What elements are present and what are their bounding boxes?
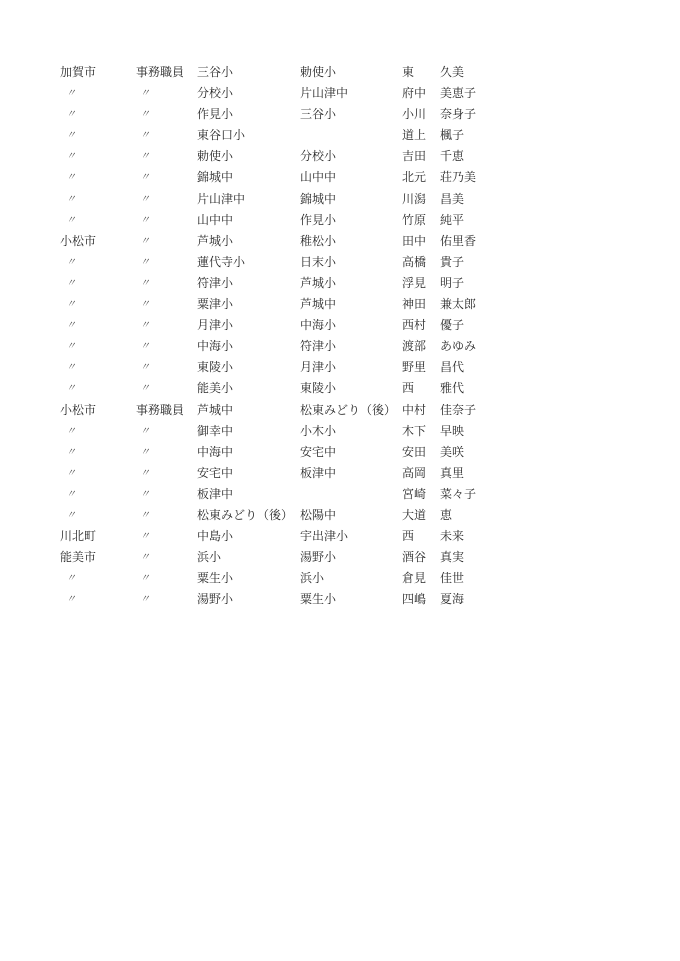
from-school-cell: 東陵小 [197, 357, 233, 378]
role-cell: 事務職員 [136, 62, 184, 83]
given-name: 真実 [440, 550, 464, 564]
to-school-cell: 湯野小 [300, 547, 336, 568]
document-page: 加賀市事務職員三谷小勅使小東久美〃〃分校小片山津中府中美恵子〃〃作見小三谷小小川… [0, 0, 680, 961]
table-row: 〃〃東陵小月津小野里昌代 [0, 357, 680, 378]
from-school-cell: 粟津小 [197, 294, 233, 315]
table-row: 〃〃符津小芦城小浮見明子 [0, 273, 680, 294]
city-cell: 〃 [66, 83, 76, 104]
person-name-cell: 倉見佳世 [402, 568, 464, 589]
person-name-cell: 大道恵 [402, 505, 452, 526]
role-cell: 〃 [140, 463, 150, 484]
table-row: 〃〃安宅中板津中高岡真里 [0, 463, 680, 484]
role-cell: 〃 [140, 505, 150, 526]
to-school-cell: 月津小 [300, 357, 336, 378]
city-cell: 能美市 [60, 547, 96, 568]
to-school-cell: 錦城中 [300, 189, 336, 210]
role-cell: 〃 [140, 189, 150, 210]
to-school-cell: 三谷小 [300, 104, 336, 125]
table-row: 〃〃中海小符津小渡部あゆみ [0, 336, 680, 357]
role-cell: 〃 [140, 104, 150, 125]
surname: 大道 [402, 505, 440, 526]
city-cell: 〃 [66, 315, 76, 336]
city-cell: 〃 [66, 442, 76, 463]
person-name-cell: 中村佳奈子 [402, 400, 476, 421]
surname: 西 [402, 378, 440, 399]
city-cell: 小松市 [60, 400, 96, 421]
city-cell: 〃 [66, 273, 76, 294]
given-name: 佳世 [440, 571, 464, 585]
table-row: 〃〃松東みどり（後）松陽中大道恵 [0, 505, 680, 526]
person-name-cell: 東久美 [402, 62, 464, 83]
city-cell: 小松市 [60, 231, 96, 252]
person-name-cell: 西雅代 [402, 378, 464, 399]
table-row: 〃〃月津小中海小西村優子 [0, 315, 680, 336]
table-row: 〃〃作見小三谷小小川奈身子 [0, 104, 680, 125]
person-name-cell: 道上楓子 [402, 125, 464, 146]
city-cell: 加賀市 [60, 62, 96, 83]
city-cell: 〃 [66, 357, 76, 378]
surname: 倉見 [402, 568, 440, 589]
surname: 府中 [402, 83, 440, 104]
table-row: 〃〃蓮代寺小日末小高橋貴子 [0, 252, 680, 273]
role-cell: 〃 [140, 231, 150, 252]
surname: 北元 [402, 167, 440, 188]
to-school-cell: 日末小 [300, 252, 336, 273]
given-name: 佳奈子 [440, 403, 476, 417]
table-row: 〃〃片山津中錦城中川潟昌美 [0, 189, 680, 210]
person-name-cell: 高橋貴子 [402, 252, 464, 273]
city-cell: 〃 [66, 484, 76, 505]
given-name: 昌代 [440, 360, 464, 374]
table-row: 〃〃錦城中山中中北元荘乃美 [0, 167, 680, 188]
table-row: 能美市〃浜小湯野小酒谷真実 [0, 547, 680, 568]
to-school-cell: 勅使小 [300, 62, 336, 83]
from-school-cell: 片山津中 [197, 189, 245, 210]
role-cell: 〃 [140, 526, 150, 547]
from-school-cell: 中島小 [197, 526, 233, 547]
person-name-cell: 竹原純平 [402, 210, 464, 231]
table-row: 川北町〃中島小宇出津小西未来 [0, 526, 680, 547]
given-name: 美咲 [440, 445, 464, 459]
surname: 中村 [402, 400, 440, 421]
role-cell: 〃 [140, 210, 150, 231]
city-cell: 〃 [66, 210, 76, 231]
person-name-cell: 渡部あゆみ [402, 336, 476, 357]
to-school-cell: 符津小 [300, 336, 336, 357]
surname: 木下 [402, 421, 440, 442]
from-school-cell: 粟生小 [197, 568, 233, 589]
role-cell: 〃 [140, 146, 150, 167]
person-name-cell: 高岡真里 [402, 463, 464, 484]
from-school-cell: 東谷口小 [197, 125, 245, 146]
table-row: 〃〃能美小東陵小西雅代 [0, 378, 680, 399]
person-name-cell: 酒谷真実 [402, 547, 464, 568]
city-cell: 〃 [66, 421, 76, 442]
given-name: 明子 [440, 276, 464, 290]
from-school-cell: 御幸中 [197, 421, 233, 442]
city-cell: 〃 [66, 104, 76, 125]
from-school-cell: 能美小 [197, 378, 233, 399]
to-school-cell: 作見小 [300, 210, 336, 231]
surname: 浮見 [402, 273, 440, 294]
role-cell: 事務職員 [136, 400, 184, 421]
role-cell: 〃 [140, 589, 150, 610]
to-school-cell: 分校小 [300, 146, 336, 167]
person-name-cell: 田中佑里香 [402, 231, 476, 252]
to-school-cell: 松東みどり（後） [300, 400, 396, 421]
from-school-cell: 勅使小 [197, 146, 233, 167]
role-cell: 〃 [140, 294, 150, 315]
from-school-cell: 作見小 [197, 104, 233, 125]
role-cell: 〃 [140, 125, 150, 146]
from-school-cell: 錦城中 [197, 167, 233, 188]
table-row: 小松市事務職員芦城中松東みどり（後）中村佳奈子 [0, 400, 680, 421]
to-school-cell: 中海小 [300, 315, 336, 336]
surname: 神田 [402, 294, 440, 315]
given-name: 菜々子 [440, 487, 476, 501]
role-cell: 〃 [140, 442, 150, 463]
from-school-cell: 中海中 [197, 442, 233, 463]
to-school-cell: 稚松小 [300, 231, 336, 252]
given-name: 夏海 [440, 592, 464, 606]
given-name: 優子 [440, 318, 464, 332]
surname: 川潟 [402, 189, 440, 210]
surname: 西 [402, 526, 440, 547]
role-cell: 〃 [140, 273, 150, 294]
city-cell: 〃 [66, 189, 76, 210]
given-name: 早映 [440, 424, 464, 438]
table-row: 〃〃御幸中小木小木下早映 [0, 421, 680, 442]
given-name: 荘乃美 [440, 170, 476, 184]
given-name: 久美 [440, 65, 464, 79]
city-cell: 〃 [66, 378, 76, 399]
given-name: 千恵 [440, 149, 464, 163]
from-school-cell: 松東みどり（後） [197, 505, 293, 526]
given-name: 佑里香 [440, 234, 476, 248]
role-cell: 〃 [140, 252, 150, 273]
role-cell: 〃 [140, 378, 150, 399]
given-name: 昌美 [440, 192, 464, 206]
to-school-cell: 松陽中 [300, 505, 336, 526]
to-school-cell: 芦城中 [300, 294, 336, 315]
city-cell: 〃 [66, 146, 76, 167]
table-row: 〃〃湯野小粟生小四嶋夏海 [0, 589, 680, 610]
to-school-cell: 安宅中 [300, 442, 336, 463]
surname: 安田 [402, 442, 440, 463]
to-school-cell: 芦城小 [300, 273, 336, 294]
table-row: 〃〃山中中作見小竹原純平 [0, 210, 680, 231]
from-school-cell: 三谷小 [197, 62, 233, 83]
to-school-cell: 東陵小 [300, 378, 336, 399]
table-row: 〃〃勅使小分校小吉田千恵 [0, 146, 680, 167]
from-school-cell: 符津小 [197, 273, 233, 294]
from-school-cell: 芦城中 [197, 400, 233, 421]
city-cell: 〃 [66, 336, 76, 357]
table-row: 加賀市事務職員三谷小勅使小東久美 [0, 62, 680, 83]
surname: 酒谷 [402, 547, 440, 568]
to-school-cell: 板津中 [300, 463, 336, 484]
from-school-cell: 安宅中 [197, 463, 233, 484]
city-cell: 川北町 [60, 526, 96, 547]
person-name-cell: 宮崎菜々子 [402, 484, 476, 505]
city-cell: 〃 [66, 568, 76, 589]
city-cell: 〃 [66, 294, 76, 315]
surname: 田中 [402, 231, 440, 252]
person-name-cell: 木下早映 [402, 421, 464, 442]
surname: 野里 [402, 357, 440, 378]
table-row: 〃〃中海中安宅中安田美咲 [0, 442, 680, 463]
given-name: 貴子 [440, 255, 464, 269]
surname: 高橋 [402, 252, 440, 273]
person-name-cell: 小川奈身子 [402, 104, 476, 125]
from-school-cell: 浜小 [197, 547, 221, 568]
person-name-cell: 安田美咲 [402, 442, 464, 463]
person-name-cell: 吉田千恵 [402, 146, 464, 167]
person-name-cell: 神田兼太郎 [402, 294, 476, 315]
table-row: 〃〃東谷口小道上楓子 [0, 125, 680, 146]
role-cell: 〃 [140, 484, 150, 505]
from-school-cell: 山中中 [197, 210, 233, 231]
city-cell: 〃 [66, 505, 76, 526]
from-school-cell: 湯野小 [197, 589, 233, 610]
role-cell: 〃 [140, 336, 150, 357]
surname: 西村 [402, 315, 440, 336]
table-row: 〃〃分校小片山津中府中美恵子 [0, 83, 680, 104]
given-name: 奈身子 [440, 107, 476, 121]
given-name: 雅代 [440, 381, 464, 395]
role-cell: 〃 [140, 167, 150, 188]
to-school-cell: 浜小 [300, 568, 324, 589]
to-school-cell: 宇出津小 [300, 526, 348, 547]
person-name-cell: 西未来 [402, 526, 464, 547]
to-school-cell: 山中中 [300, 167, 336, 188]
person-name-cell: 西村優子 [402, 315, 464, 336]
to-school-cell: 小木小 [300, 421, 336, 442]
city-cell: 〃 [66, 252, 76, 273]
role-cell: 〃 [140, 568, 150, 589]
given-name: 純平 [440, 213, 464, 227]
role-cell: 〃 [140, 315, 150, 336]
given-name: 美恵子 [440, 86, 476, 100]
surname: 宮崎 [402, 484, 440, 505]
from-school-cell: 中海小 [197, 336, 233, 357]
from-school-cell: 板津中 [197, 484, 233, 505]
person-name-cell: 四嶋夏海 [402, 589, 464, 610]
given-name: 楓子 [440, 128, 464, 142]
personnel-transfer-list: 加賀市事務職員三谷小勅使小東久美〃〃分校小片山津中府中美恵子〃〃作見小三谷小小川… [0, 62, 680, 610]
person-name-cell: 浮見明子 [402, 273, 464, 294]
city-cell: 〃 [66, 125, 76, 146]
city-cell: 〃 [66, 589, 76, 610]
surname: 小川 [402, 104, 440, 125]
surname: 四嶋 [402, 589, 440, 610]
to-school-cell: 片山津中 [300, 83, 348, 104]
surname: 東 [402, 62, 440, 83]
person-name-cell: 野里昌代 [402, 357, 464, 378]
given-name: 真里 [440, 466, 464, 480]
person-name-cell: 北元荘乃美 [402, 167, 476, 188]
city-cell: 〃 [66, 463, 76, 484]
surname: 渡部 [402, 336, 440, 357]
city-cell: 〃 [66, 167, 76, 188]
given-name: 未来 [440, 529, 464, 543]
person-name-cell: 川潟昌美 [402, 189, 464, 210]
from-school-cell: 芦城小 [197, 231, 233, 252]
surname: 吉田 [402, 146, 440, 167]
table-row: 〃〃粟生小浜小倉見佳世 [0, 568, 680, 589]
from-school-cell: 分校小 [197, 83, 233, 104]
surname: 高岡 [402, 463, 440, 484]
role-cell: 〃 [140, 421, 150, 442]
surname: 竹原 [402, 210, 440, 231]
table-row: 小松市〃芦城小稚松小田中佑里香 [0, 231, 680, 252]
table-row: 〃〃板津中宮崎菜々子 [0, 484, 680, 505]
role-cell: 〃 [140, 83, 150, 104]
surname: 道上 [402, 125, 440, 146]
from-school-cell: 月津小 [197, 315, 233, 336]
from-school-cell: 蓮代寺小 [197, 252, 245, 273]
given-name: あゆみ [440, 339, 476, 353]
role-cell: 〃 [140, 547, 150, 568]
given-name: 兼太郎 [440, 297, 476, 311]
to-school-cell: 粟生小 [300, 589, 336, 610]
role-cell: 〃 [140, 357, 150, 378]
given-name: 恵 [440, 508, 452, 522]
person-name-cell: 府中美恵子 [402, 83, 476, 104]
table-row: 〃〃粟津小芦城中神田兼太郎 [0, 294, 680, 315]
